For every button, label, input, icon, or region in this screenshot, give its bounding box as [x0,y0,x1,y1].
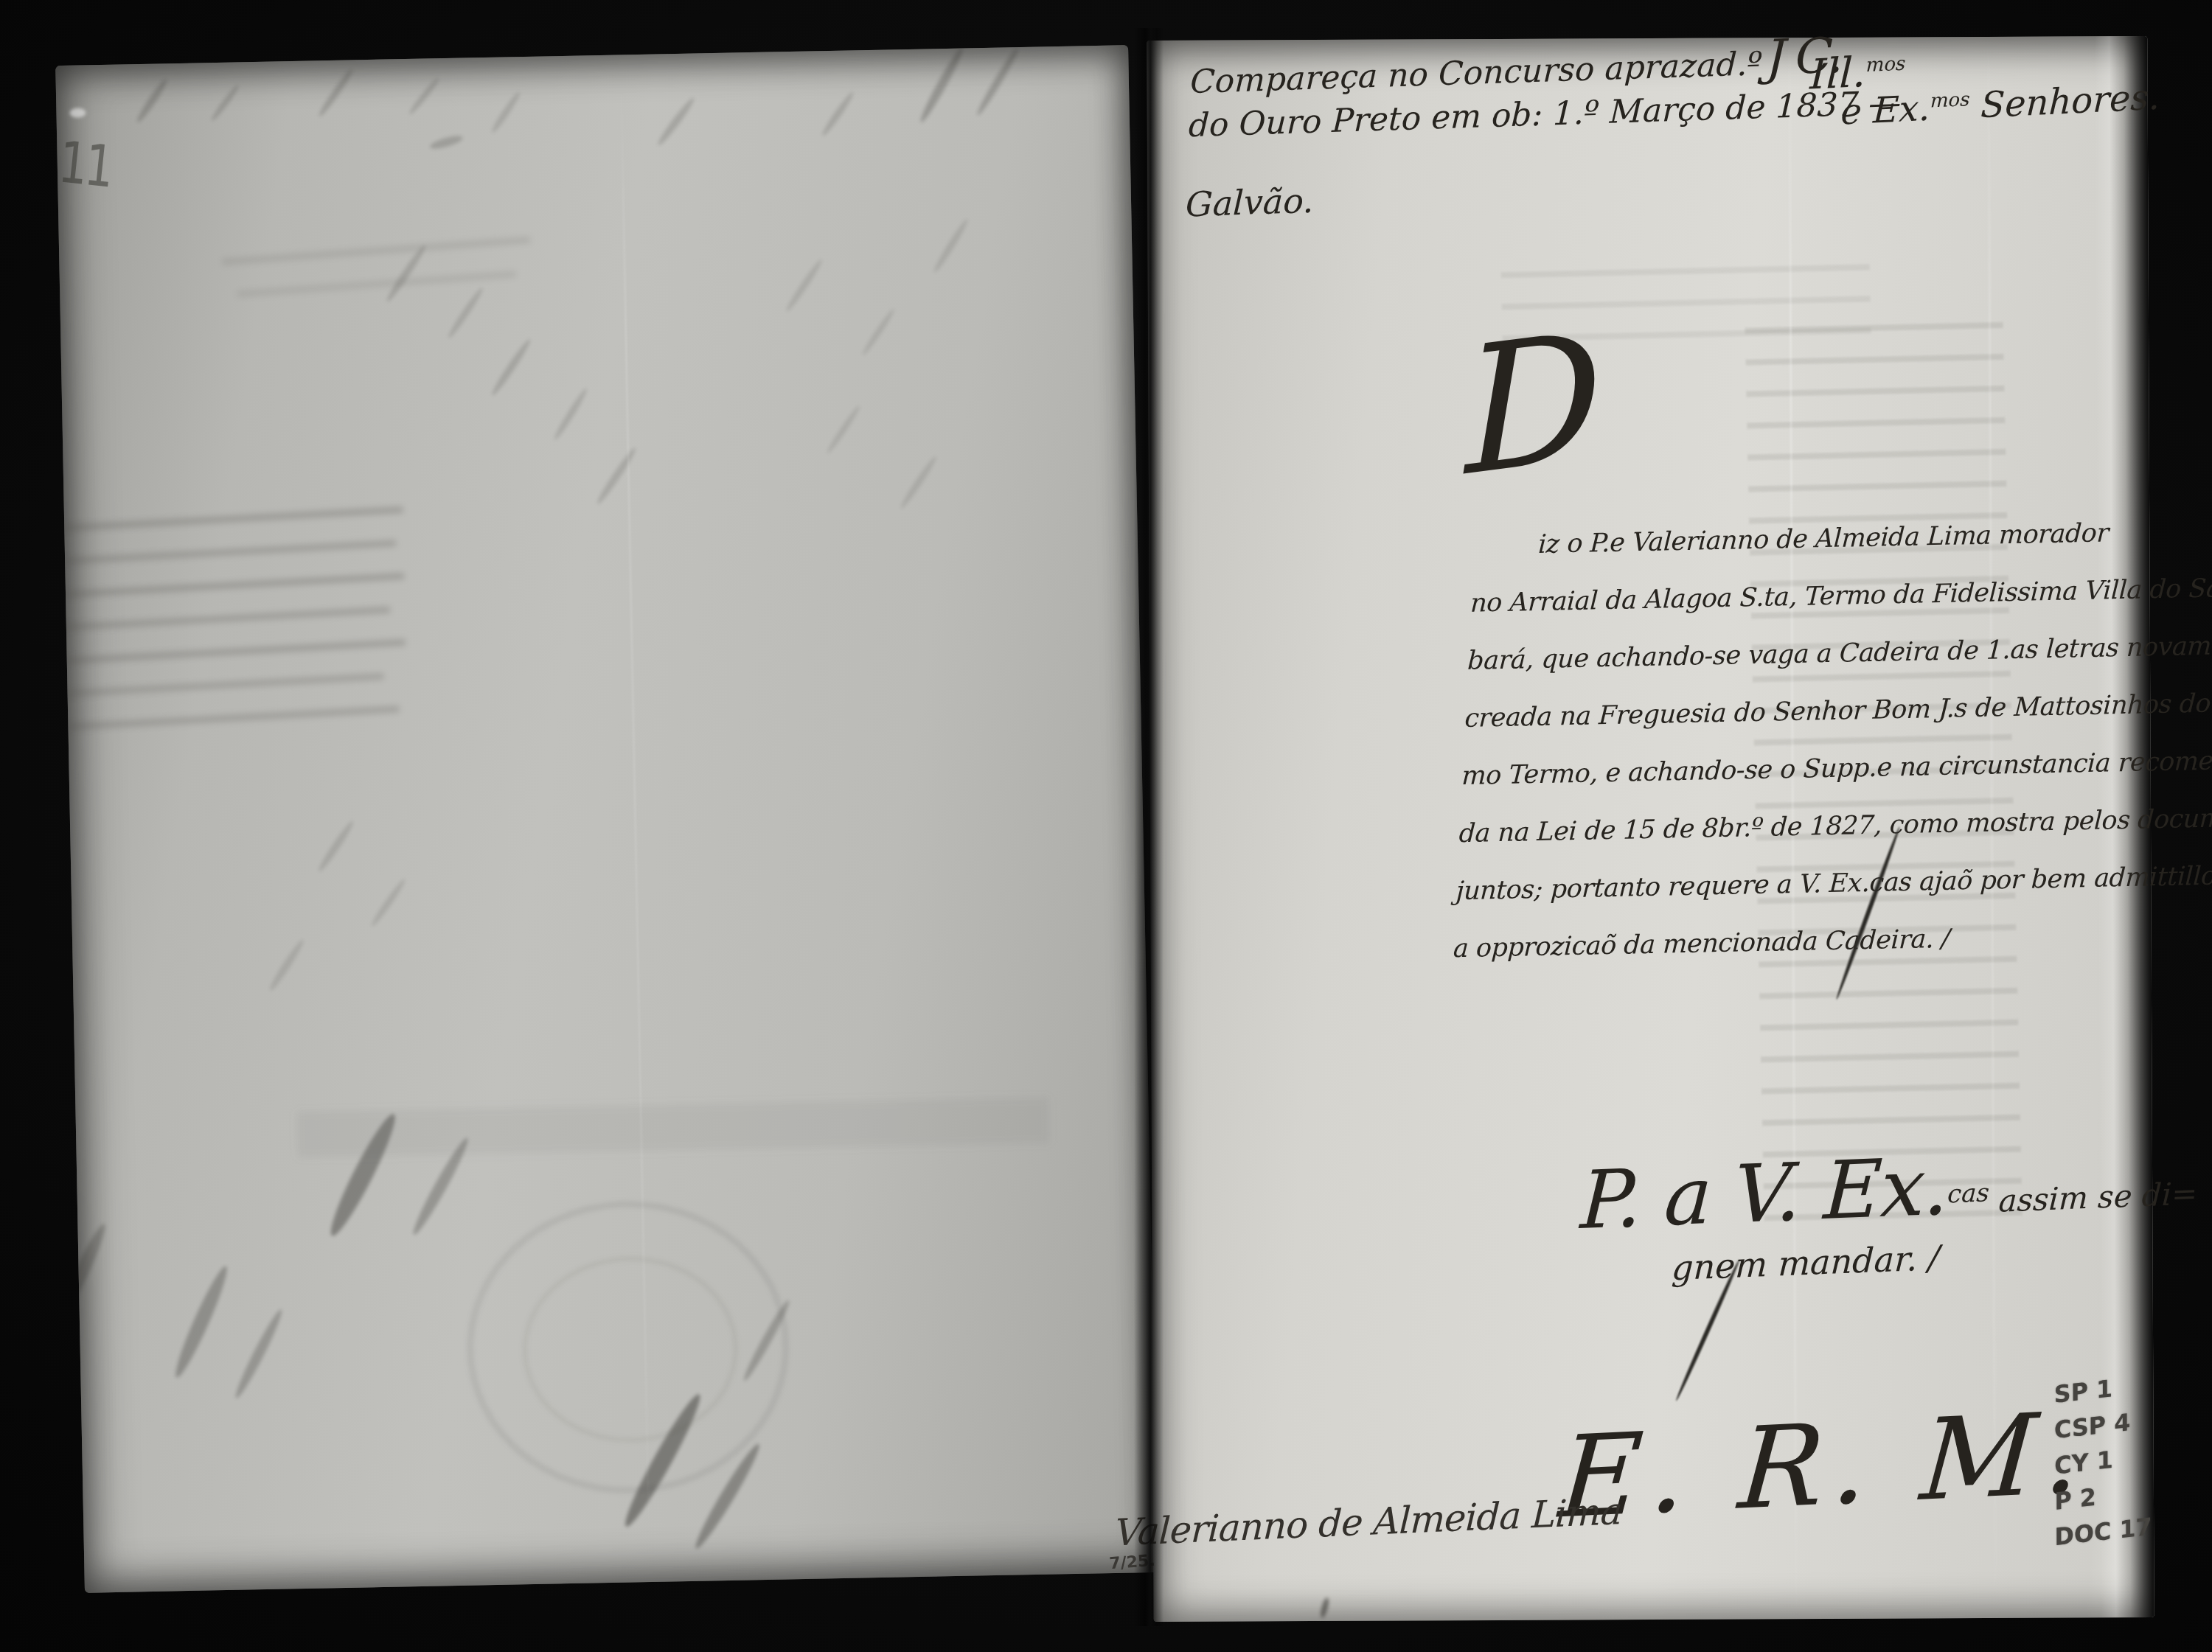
bleed-through-smudge [232,1307,286,1401]
archival-reference-note: SP 1 CSP 4 CY 1 P 2 DOC 17 [2054,1366,2152,1555]
bleed-through-smudge [655,96,697,147]
bleed-through-text-row [55,705,400,731]
closing-rest: assim se di= [1988,1175,2199,1219]
book-gutter [1134,28,1164,1626]
salutation-ex: e Ex. [1840,88,1931,133]
bleed-through-smudge [490,91,522,135]
bleed-through-smudge [170,1264,232,1381]
left-page-edge-mark: 11 [55,128,114,201]
bleed-through-smudge [369,877,408,928]
dispatch-signer: Galvão. [1185,161,1899,224]
petition-body: iz o P.e Valerianno de Almeida Lima mora… [1452,501,2212,977]
bleed-through-smudge [267,938,306,992]
signature-valerianno: Valerianno de Almeida Lima [1114,1490,1623,1555]
closing-line-1: P. a V. Ex.cas assim se di= [1579,1131,2201,1247]
salutation-ill-superscript: mos [1865,52,1906,77]
paper-nick [69,108,86,117]
film-scan: 11 [0,0,2212,1652]
closing-superscript: cas [1947,1178,1990,1209]
bleed-through-layer [55,45,1128,66]
bleed-through-smudge [594,446,639,506]
bleed-through-smudge [784,257,824,313]
bleed-through-smudge [975,47,1021,117]
bleed-through-text-row [55,607,390,632]
closing-formula: P. a V. Ex.cas assim se di= gnem mandar.… [1576,1131,2200,1292]
bleed-through-smudge [917,46,966,124]
bleed-through-smudge [408,77,441,116]
bleed-through-smudge [135,77,170,125]
bleed-through-smudge [317,67,355,118]
bleed-through-smudge [825,404,862,455]
bleed-through-smudge [552,387,589,442]
bleed-through-text-row [55,673,384,697]
bleed-through-smudge [860,307,896,357]
bleed-through-text-row [221,237,531,265]
courtesy-formula-erm: E. R. M. [1556,1387,2095,1543]
salutation-senhores: Senhores. [1980,77,2160,127]
bleed-through-smudge [820,91,856,138]
bleed-through-smudge [55,1221,110,1324]
right-page: Compareça no Concurso aprazad.º J C. do … [1147,36,2154,1622]
bleed-through-smudge [446,286,485,340]
bleed-through-smudge [429,133,465,151]
bleed-through-smudge [209,83,240,122]
bleed-through-text-row [55,540,397,565]
bleed-through-smudge [898,455,939,511]
watermark-band [297,1098,1050,1158]
left-page: 11 [55,45,1158,1593]
bleed-through-smudge [931,217,970,274]
dispatch-note: Compareça no Concurso aprazad.º J C. do … [1185,39,1904,225]
bleed-through-smudge [316,819,356,874]
salutation: Ill.mos e Ex.mos Senhores. [1808,34,2163,134]
bleed-through-text-row [55,639,406,665]
closing-big-script: P. a V. Ex. [1579,1140,1950,1247]
bleed-through-text-row [55,506,403,532]
bleed-through-smudge [489,337,533,397]
ornate-initial-D: D [1463,308,1605,501]
ink-mark [1319,1597,1330,1618]
bleed-through-text-row [55,573,404,599]
salutation-ex-superscript: mos [1930,88,1970,113]
